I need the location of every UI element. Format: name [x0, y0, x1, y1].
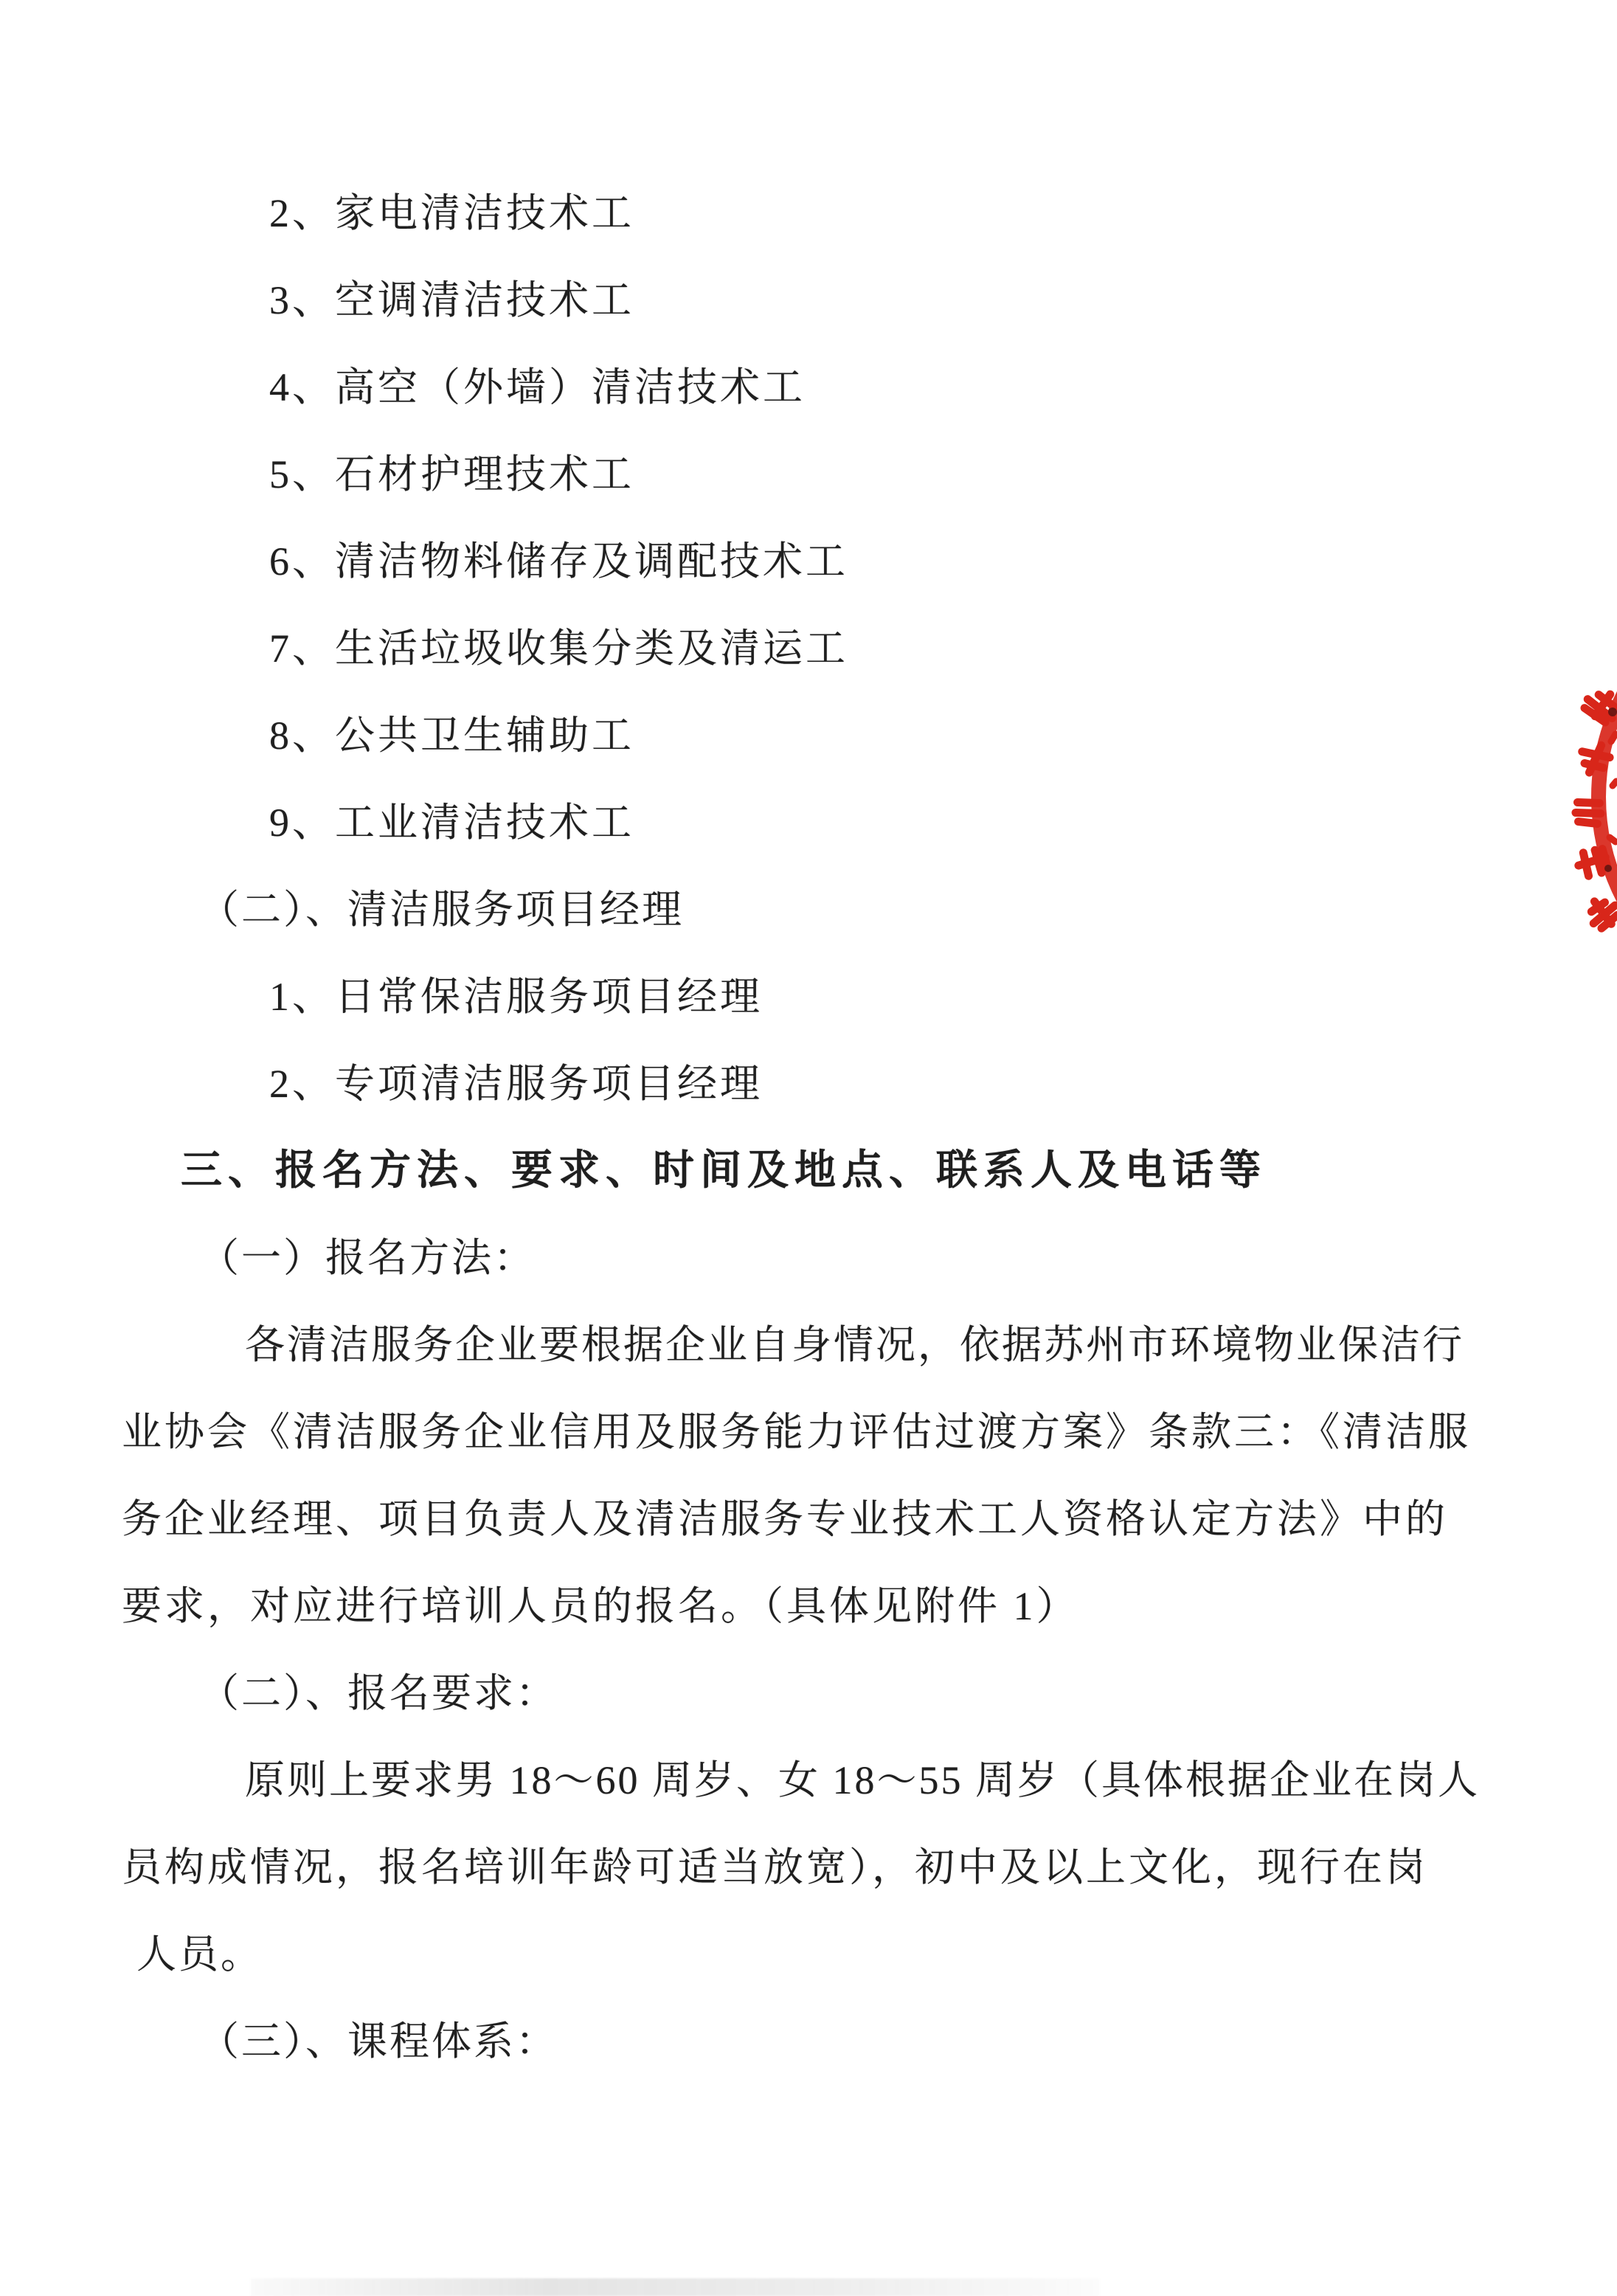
- paragraph-line: 业协会《清洁服务企业信用及服务能力评估过渡方案》条款三：《清洁服: [122, 1389, 1617, 1476]
- red-seal-graphic: [1565, 623, 1617, 970]
- list-item: 7、生活垃圾收集分类及清运工: [269, 605, 1617, 692]
- section-heading: 三、报名方法、要求、时间及地点、联系人及电话等: [181, 1127, 1617, 1214]
- subsection-heading: （一）报名方法：: [199, 1214, 1617, 1301]
- list-item: 5、石材护理技术工: [269, 431, 1617, 518]
- scan-artifact: [251, 2278, 1099, 2296]
- paragraph-line: 务企业经理、项目负责人及清洁服务专业技术工人资格认定方法》中的: [122, 1476, 1617, 1563]
- paragraph-line: 人员。: [136, 1911, 1617, 1998]
- list-item: 3、空调清洁技术工: [269, 257, 1617, 344]
- list-item: 8、公共卫生辅助工: [269, 692, 1617, 779]
- paragraph-line: 原则上要求男 18～60 周岁、女 18～55 周岁（具体根据企业在岗人: [245, 1737, 1617, 1824]
- document-page: 2、家电清洁技术工 3、空调清洁技术工 4、高空（外墙）清洁技术工 5、石材护理…: [0, 170, 1617, 2085]
- subsection-heading: （二）、清洁服务项目经理: [199, 866, 1617, 953]
- list-item: 1、日常保洁服务项目经理: [269, 953, 1617, 1040]
- red-seal-stamp: [1565, 623, 1617, 970]
- list-item: 4、高空（外墙）清洁技术工: [269, 344, 1617, 431]
- list-item: 6、清洁物料储存及调配技术工: [269, 518, 1617, 605]
- paragraph-line: 各清洁服务企业要根据企业自身情况，依据苏州市环境物业保洁行: [245, 1301, 1617, 1389]
- subsection-heading: （二）、报名要求：: [199, 1650, 1617, 1737]
- paragraph-line: 要求，对应进行培训人员的报名。（具体见附件 1）: [122, 1563, 1617, 1650]
- list-item: 2、专项清洁服务项目经理: [269, 1040, 1617, 1127]
- list-item: 2、家电清洁技术工: [269, 170, 1617, 257]
- list-item: 9、工业清洁技术工: [269, 779, 1617, 866]
- paragraph-line: 员构成情况，报名培训年龄可适当放宽），初中及以上文化，现行在岗: [122, 1824, 1617, 1911]
- subsection-heading: （三）、课程体系：: [199, 1998, 1617, 2085]
